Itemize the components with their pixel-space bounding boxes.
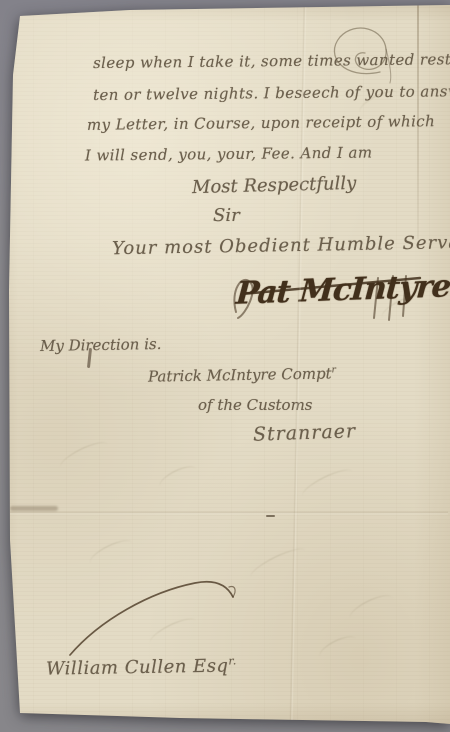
valediction-line: Your most Obedient Humble Servant: [112, 232, 450, 259]
direction-office: of the Customs: [198, 396, 313, 414]
show-through-mark: [157, 462, 200, 493]
direction-label: My Direction is.: [40, 335, 162, 355]
horizontal-fold-crease: [10, 511, 448, 515]
show-through-mark: [248, 544, 309, 584]
signature-cross-stroke-icon: [228, 260, 428, 335]
show-through-mark: [317, 632, 360, 663]
direction-name-text: Patrick McIntyre Compt: [148, 364, 332, 385]
show-through-mark: [57, 437, 110, 473]
ink-dash: [266, 515, 275, 517]
ink-smudge: [10, 506, 58, 511]
valediction-line: Most Respectfully: [192, 173, 357, 198]
valediction-line: Sir: [213, 205, 240, 226]
ink-blot: [87, 348, 92, 368]
direction-name: Patrick McIntyre Comptr: [148, 364, 336, 385]
letter-line: I will send, you, your, Fee. And I am: [85, 143, 373, 164]
direction-name-suffix: r: [331, 365, 335, 375]
show-through-mark: [299, 465, 355, 503]
letter-page: sleep when I take it, some times wanted …: [0, 0, 450, 732]
letter-line: my Letter, in Course, upon receipt of wh…: [87, 112, 435, 134]
loop-flourish-icon: [320, 20, 400, 86]
show-through-mark: [347, 591, 395, 625]
show-through-mark: [87, 536, 135, 570]
direction-place: Stranraer: [253, 420, 357, 446]
photo-background: sleep when I take it, some times wanted …: [0, 0, 450, 732]
ink-flourish-icon: [55, 575, 255, 675]
